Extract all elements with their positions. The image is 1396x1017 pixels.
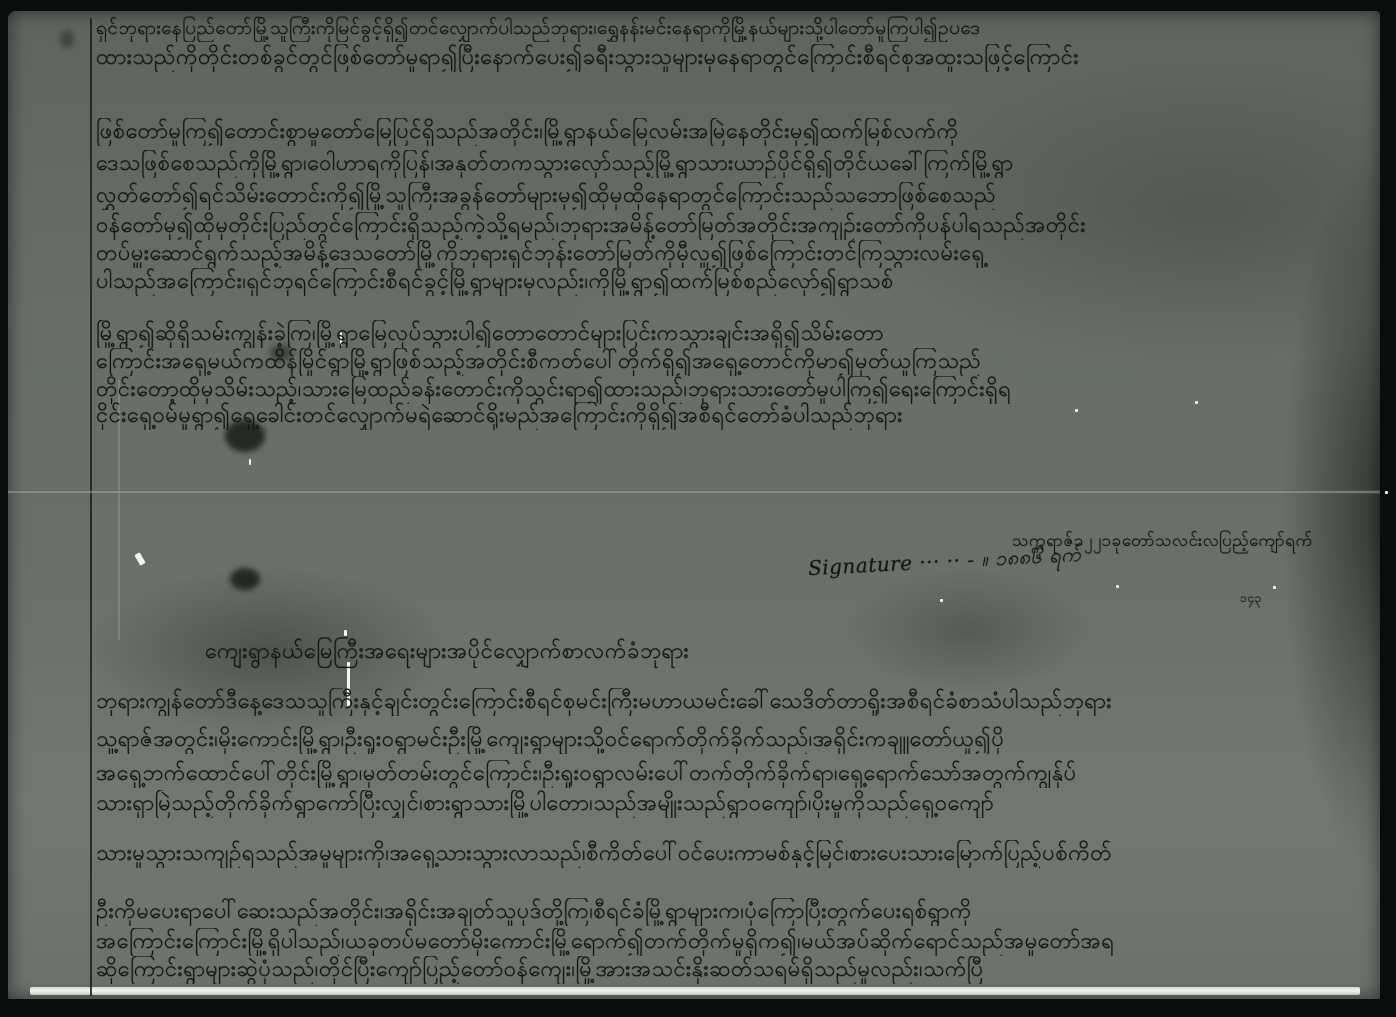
upper-text-line: ပါသည်အကြောင်း၊ရှင်ဘုရင်ကြောင်းစီရင်ခွင့်… (96, 268, 1366, 296)
upper-text-line: ကြောင်းအရှေ့မယ်ကထိန်မြိုင်ရွာမြို့ရွာဖြစ… (96, 348, 1366, 376)
scratch-mark (1273, 586, 1276, 589)
section-heading: ကျေးရွာနယ်မြေကြီးအရေးများအပိုင်လျှောက်စာ… (205, 636, 689, 669)
upper-text-line: ဝန်တော်မှ၍ထိုမှတိုင်းပြည်တွင်ကြောင်းရှိသ… (96, 212, 1366, 240)
lower-text-line: ဘုရားကျွန်တော်ဒီနေ့ဒေသသူကြီးနှင့်ချင်းတွ… (96, 688, 1366, 716)
scratch-mark (249, 459, 251, 465)
lower-text-line: ဦးကိုမပေးရာပေါ်ဆေးသည်အတိုင်း၊အရှိင်းအချတ… (96, 898, 1366, 926)
lower-text-line: သားမှုသွားသကျဉ်ရသည်အမှုများကို၊အရှေ့သားသ… (96, 840, 1366, 868)
left-margin-rule (90, 18, 92, 996)
ink-stain (230, 568, 260, 590)
scratch-mark (1116, 585, 1119, 588)
lower-text-line: အကြောင်းကြောင်းမြို့ရှိပါသည်၊ယခုတပ်မတော်… (96, 928, 1366, 956)
upper-text-line: ရှင်ဘုရားနေပြည်တော်မြို့သူကြီးကိုမြင်ခွင… (96, 14, 1366, 42)
ink-stain (60, 30, 74, 48)
scratch-mark (940, 599, 943, 602)
upper-text-line: မြို့ရွာ၍ဆိုရှိသမ်းကျွန်းခဲ့ကြ၊မြို့ရွာမ… (96, 320, 1366, 348)
upper-text-line: တိုင်းတော့ထိုမှသိမ်းသည့်၊သားမြေထည်ခန်းတေ… (96, 376, 1366, 404)
upper-text-line: လွှတ်တော်၍ရင်သိမ်းတောင်းကို၍မြို့သူကြီးအ… (96, 182, 1366, 210)
page-mark: ၁၄၃ (1240, 590, 1262, 608)
scratch-mark (1385, 491, 1388, 494)
upper-text-line: တပ်မှူးဆောင်ရွက်သည့်အမိန့်ဒေသတော်မြို့ကိ… (96, 240, 1366, 268)
upper-text-line: ငိုင်းရှေ့ဝမ်မှုရွာ၍ရှေ့ခေါင်းတင်လျှောက်… (96, 402, 1216, 430)
lower-text-line: သားရှာမြဲသည့်တိုက်ခိုက်ရွာကော်ပြီးလျှင်၊… (96, 790, 1366, 818)
manuscript-photo: ရှင်ဘုရားနေပြည်တော်မြို့သူကြီးကိုမြင်ခွင… (0, 0, 1396, 1017)
upper-text-line: ဖြစ်တော်မူကြ၍တောင်းစွာမှုတော်မြေပြင်ရှိသ… (96, 118, 1366, 146)
sheet-bottom-edge (30, 987, 1360, 995)
lower-text-line: အရှေ့ဘက်ထောင်ပေါ်တိုင်းမြို့ရွာ၊မှတ်တမ်း… (96, 760, 1366, 788)
horizontal-fold-crease (8, 490, 1380, 494)
upper-text-line: ထားသည်ကိုတိုင်းတစ်ခွင်တွင်ဖြစ်တော်မူရာ၍ပ… (96, 44, 1366, 72)
lower-text-line: သူ့ရာဇ်အတွင်း၊မိုးကောင်းမြို့ရွာ၊ဦးရှုးဝ… (96, 726, 1366, 754)
upper-text-line: ဒေသဖြစ်စေသည်ကိုမြို့ရွာ၊ဝေါဟာရကိုပြန်၊အန… (96, 150, 1366, 178)
lower-text-line: ဆိုကြောင်းရွာများဆွဲပုံသည်၊တိုင်ပြီးကျော… (96, 956, 1366, 984)
